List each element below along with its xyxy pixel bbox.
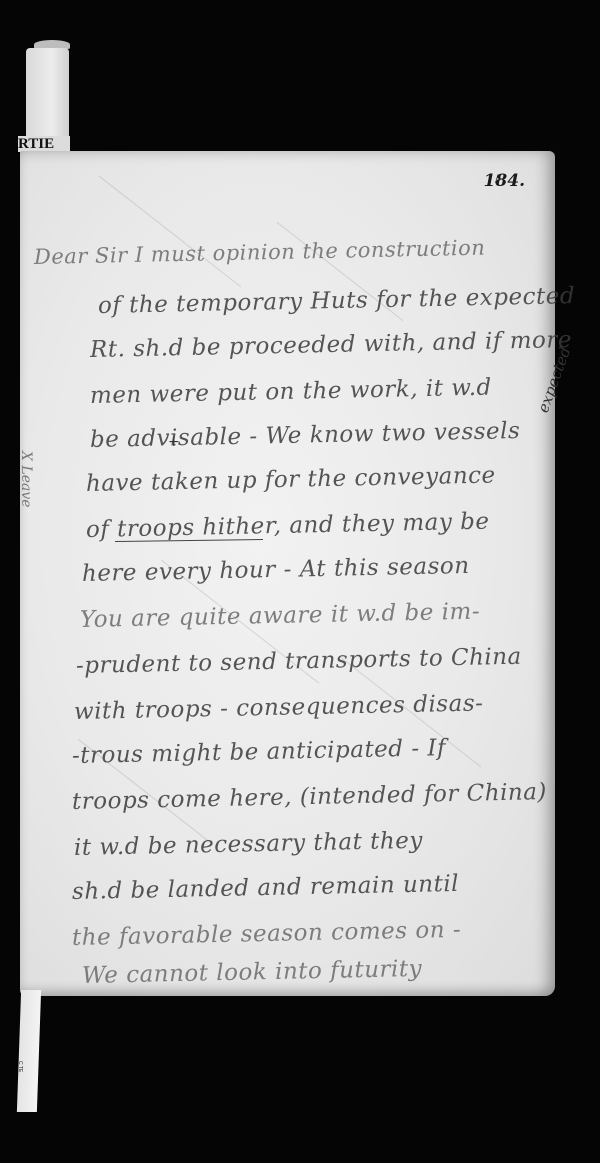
text-line: Dear Sir I must opinion the construction (34, 236, 486, 269)
text-line: -trous might be anticipated - If (72, 735, 447, 769)
text-line: the favorable season comes on - (72, 917, 462, 951)
text-line: it w.d be necessary that they (74, 828, 423, 861)
binder-tab-label: RTIE (18, 136, 70, 152)
text-line: be advisable - We know two vessels (90, 418, 521, 453)
text-line: here every hour - At this season (82, 553, 470, 587)
left-margin-note: X Leave (18, 451, 34, 508)
text-line: of the temporary Huts for the expected (98, 283, 576, 319)
binder-tab-bottom (17, 990, 41, 1112)
text-line: troops come here, (intended for China) (72, 779, 547, 815)
binder-tab-bottom-label: C TE (17, 1061, 23, 1072)
handwritten-text: Dear Sir I must opinion the construction… (20, 151, 555, 996)
text-line: of troops hither, and they may be (86, 509, 490, 543)
text-line: have taken up for the conveyance (86, 462, 496, 497)
text-line: men were put on the work, it w.d (90, 375, 492, 409)
text-line: Rt. sh.d be proceeded with, and if more (90, 327, 573, 363)
text-line: We cannot look into futurity (82, 956, 423, 989)
binder-tab-top (26, 48, 69, 150)
text-line: You are quite aware it w.d be im- (80, 599, 481, 633)
text-line: sh.d be landed and remain until (72, 871, 460, 905)
text-line: with troops - consequences disas- (74, 690, 484, 725)
manuscript-page: / 184. Dear Sir I must opinion the const… (20, 151, 555, 996)
insertion-mark: + (168, 434, 180, 450)
text-line: -prudent to send transports to China (76, 644, 522, 679)
